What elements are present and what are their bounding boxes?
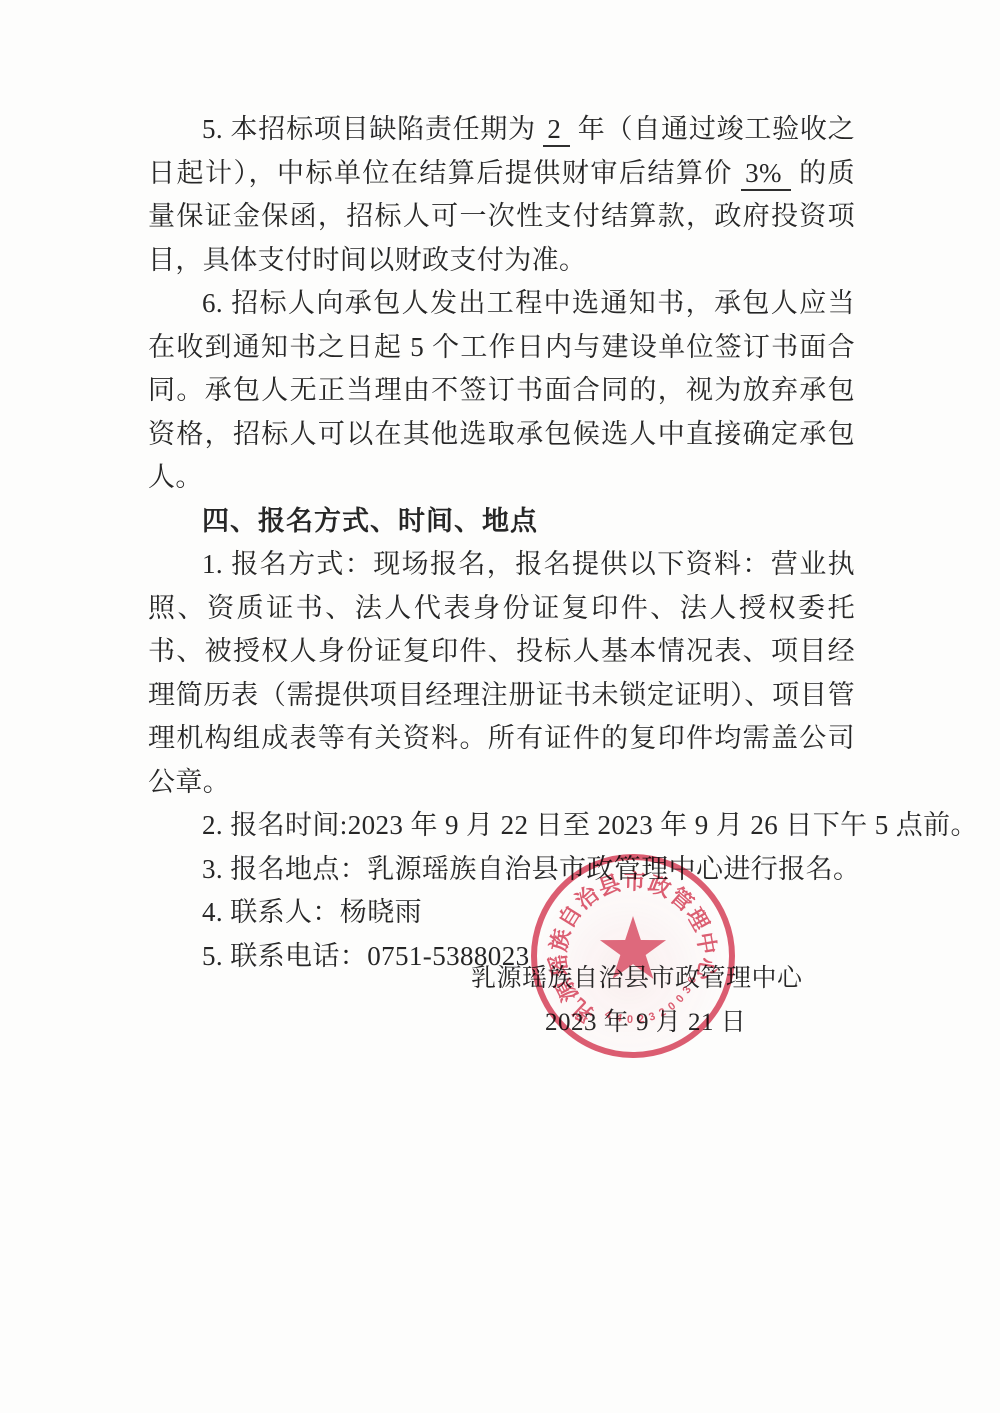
- item-registration-method: 1. 报名方式：现场报名，报名提供以下资料：营业执照、资质证书、法人代表身份证复…: [148, 543, 855, 804]
- star-icon: [596, 914, 670, 988]
- stamp-arc-char: 瑶: [543, 951, 572, 980]
- para5-lead-text: 5. 本招标项目缺陷责任期为: [202, 114, 543, 144]
- official-seal-stamp: 乳源瑶族自治县市政管理中心 4402320036: [531, 854, 735, 1058]
- item-contact-person: 4. 联系人：杨晓雨: [148, 891, 855, 935]
- section-4-heading: 四、报名方式、时间、地点: [148, 500, 855, 544]
- item-registration-time: 2. 报名时间:2023 年 9 月 22 日至 2023 年 9 月 26 日…: [148, 804, 855, 848]
- document-body: 5. 本招标项目缺陷责任期为 2 年（自通过竣工验收之日起计），中标单位在结算后…: [148, 108, 855, 978]
- guarantee-percent-underlined-value: 3%: [741, 158, 791, 191]
- scanned-document-page: 5. 本招标项目缺陷责任期为 2 年（自通过竣工验收之日起计），中标单位在结算后…: [0, 0, 1000, 1413]
- paragraph-5-defect-liability: 5. 本招标项目缺陷责任期为 2 年（自通过竣工验收之日起计），中标单位在结算后…: [148, 108, 855, 282]
- defect-years-underlined-value: 2: [543, 114, 570, 147]
- paragraph-6-contract-signing: 6. 招标人向承包人发出工程中选通知书，承包人应当在收到通知书之日起 5 个工作…: [148, 282, 855, 500]
- item-registration-location: 3. 报名地点：乳源瑶族自治县市政管理中心进行报名。: [148, 848, 855, 892]
